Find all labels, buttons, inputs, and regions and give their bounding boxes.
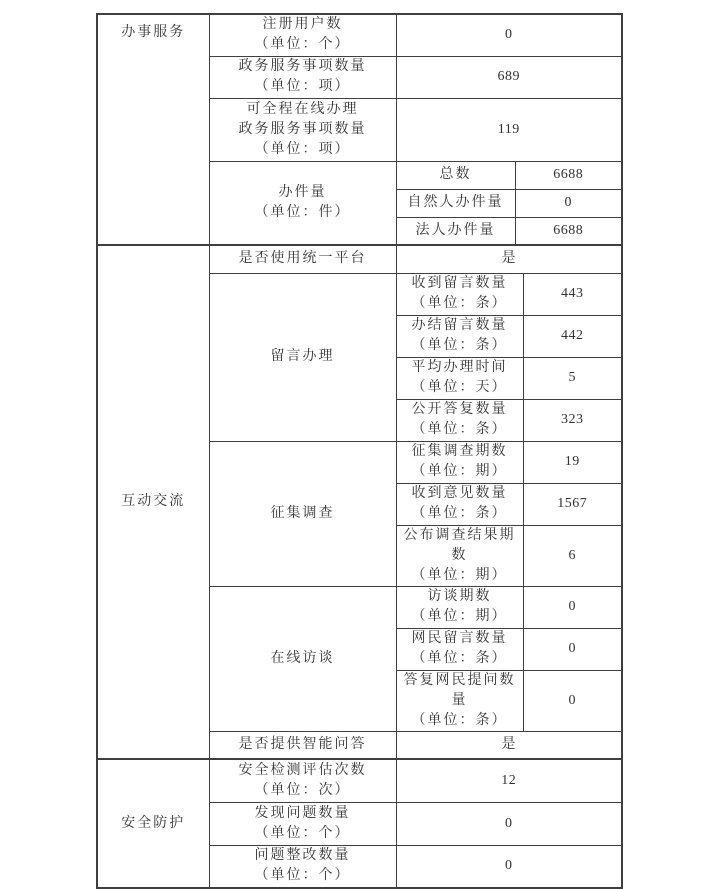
group-online-interview: 在线访谈 (209, 586, 396, 731)
item-label: 问题整改数量 (210, 846, 396, 866)
sub-item-unit: （单位：条） (397, 420, 523, 440)
group-survey-collection: 征集调查 (209, 441, 396, 586)
report-table: 办事服务 注册用户数 （单位：个） 0 政务服务事项数量 （单位：项） 689 … (96, 13, 623, 889)
item-value: 0 (396, 802, 622, 845)
item-value: 是 (396, 245, 622, 273)
item-label-cell: 注册用户数 （单位：个） (209, 14, 396, 56)
sub-item-label: 网民留言数量 (397, 629, 523, 649)
sub-item-label: 公布调查结果期数 (397, 526, 523, 566)
item-unit: （单位：项） (210, 77, 396, 97)
sub-item-label: 法人办件量 (396, 217, 515, 245)
group-unit: （单位：件） (210, 203, 396, 223)
item-value: 0 (396, 845, 622, 888)
sub-item-unit: （单位：条） (397, 294, 523, 314)
sub-item-label-cell: 办结留言数量 （单位：条） (396, 315, 523, 357)
sub-item-value: 0 (523, 670, 622, 731)
sub-item-label-cell: 公布调查结果期数 （单位：期） (396, 525, 523, 586)
item-unit: （单位：个） (210, 866, 396, 886)
item-unit: （单位：个） (210, 824, 396, 844)
section-service-title: 办事服务 (97, 14, 209, 245)
item-label-cell: 安全检测评估次数 （单位：次） (209, 759, 396, 802)
sub-item-label-cell: 收到意见数量 （单位：条） (396, 483, 523, 525)
item-value: 689 (396, 56, 622, 98)
sub-item-label-cell: 网民留言数量 （单位：条） (396, 628, 523, 670)
group-message-handling: 留言办理 (209, 273, 396, 441)
sub-item-value: 19 (523, 441, 622, 483)
item-value: 0 (396, 14, 622, 56)
sub-item-value: 443 (523, 273, 622, 315)
item-label: 政务服务事项数量 (210, 57, 396, 77)
sub-item-value: 0 (515, 189, 622, 217)
sub-item-label-cell: 收到留言数量 （单位：条） (396, 273, 523, 315)
item-label-cell: 问题整改数量 （单位：个） (209, 845, 396, 888)
sub-item-value: 0 (523, 586, 622, 628)
sub-item-value: 0 (523, 628, 622, 670)
sub-item-unit: （单位：条） (397, 504, 523, 524)
sub-item-label-cell: 征集调查期数 （单位：期） (396, 441, 523, 483)
sub-item-label-cell: 访谈期数 （单位：期） (396, 586, 523, 628)
sub-item-value: 6 (523, 525, 622, 586)
sub-item-unit: （单位：条） (397, 711, 523, 731)
report-page: 办事服务 注册用户数 （单位：个） 0 政务服务事项数量 （单位：项） 689 … (96, 13, 623, 889)
item-value: 119 (396, 98, 622, 161)
section-interaction-title: 互动交流 (97, 245, 209, 759)
sub-item-label-cell: 答复网民提问数量 （单位：条） (396, 670, 523, 731)
item-unit: （单位：个） (210, 35, 396, 55)
group-label: 办件量 (210, 183, 396, 203)
item-value: 12 (396, 759, 622, 802)
sub-item-value: 442 (523, 315, 622, 357)
sub-item-label: 公开答复数量 (397, 400, 523, 420)
item-label: 可全程在线办理 (210, 100, 396, 120)
sub-item-value: 323 (523, 399, 622, 441)
sub-item-label: 答复网民提问数量 (397, 671, 523, 711)
sub-item-label: 总数 (396, 161, 515, 189)
sub-item-unit: （单位：条） (397, 336, 523, 356)
sub-item-label: 收到意见数量 (397, 484, 523, 504)
item-unit: （单位：次） (210, 781, 396, 801)
sub-item-label: 访谈期数 (397, 587, 523, 607)
sub-item-unit: （单位：天） (397, 378, 523, 398)
sub-item-label: 自然人办件量 (396, 189, 515, 217)
item-label-cell: 可全程在线办理 政务服务事项数量 （单位：项） (209, 98, 396, 161)
item-label: 安全检测评估次数 (210, 761, 396, 781)
sub-item-label: 平均办理时间 (397, 358, 523, 378)
group-case-volume: 办件量 （单位：件） (209, 161, 396, 245)
sub-item-label-cell: 平均办理时间 （单位：天） (396, 357, 523, 399)
section-security-title: 安全防护 (97, 759, 209, 888)
sub-item-unit: （单位：期） (397, 607, 523, 627)
item-label: 是否使用统一平台 (209, 245, 396, 273)
sub-item-value: 6688 (515, 161, 622, 189)
sub-item-label: 办结留言数量 (397, 316, 523, 336)
sub-item-unit: （单位：期） (397, 462, 523, 482)
sub-item-label: 征集调查期数 (397, 442, 523, 462)
sub-item-label-cell: 公开答复数量 （单位：条） (396, 399, 523, 441)
item-label: 注册用户数 (210, 15, 396, 35)
item-label-cell: 政务服务事项数量 （单位：项） (209, 56, 396, 98)
sub-item-value: 5 (523, 357, 622, 399)
item-unit: （单位：项） (210, 140, 396, 160)
sub-item-unit: （单位：条） (397, 649, 523, 669)
item-value: 是 (396, 731, 622, 759)
item-label: 是否提供智能问答 (209, 731, 396, 759)
item-label-cell: 发现问题数量 （单位：个） (209, 802, 396, 845)
sub-item-unit: （单位：期） (397, 566, 523, 586)
sub-item-value: 6688 (515, 217, 622, 245)
sub-item-value: 1567 (523, 483, 622, 525)
sub-item-label: 收到留言数量 (397, 274, 523, 294)
item-label: 发现问题数量 (210, 804, 396, 824)
item-label-line2: 政务服务事项数量 (210, 120, 396, 140)
